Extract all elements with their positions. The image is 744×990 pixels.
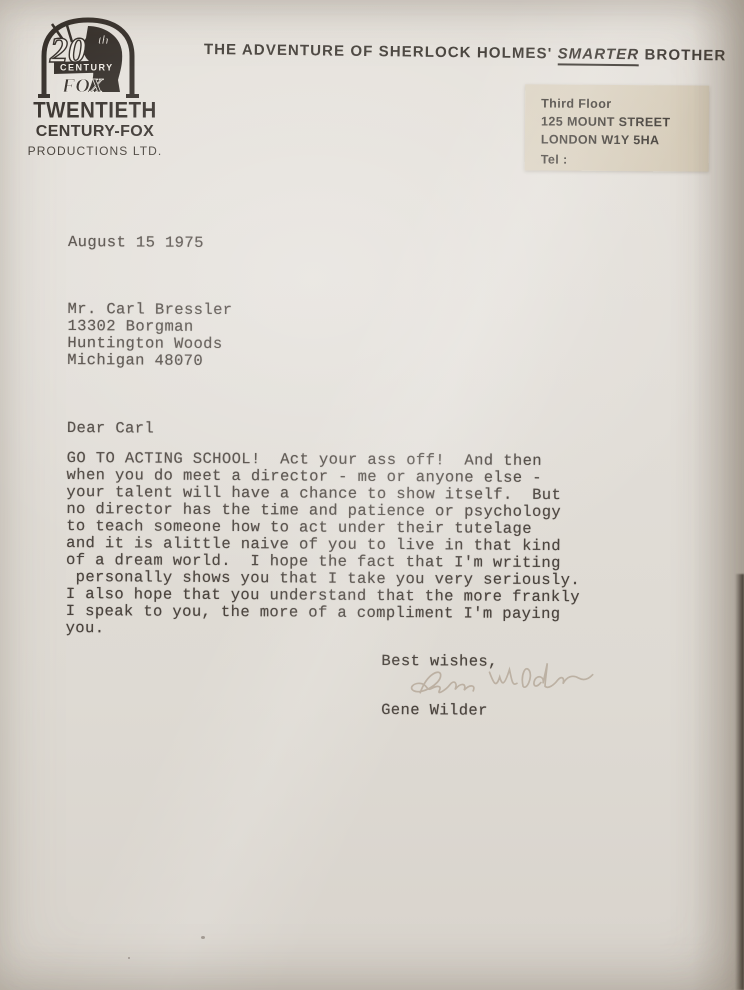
letter-photo: 20 th CENTURY FOX TWENTIETH CENTURY-FOX … xyxy=(0,0,744,990)
body-line: I speak to you, the more of a compliment… xyxy=(66,603,580,623)
letter-body: GO TO ACTING SCHOOL! Act your ass off! A… xyxy=(66,450,581,640)
paper-speck xyxy=(201,936,205,939)
recipient-address: Mr. Carl Bressler 13302 Borgman Huntingt… xyxy=(67,301,232,370)
recipient-line: Michigan 48070 xyxy=(67,352,232,370)
handwritten-signature-icon xyxy=(397,657,599,715)
typed-letter: August 15 1975 Mr. Carl Bressler 13302 B… xyxy=(0,0,744,990)
letter-date: August 15 1975 xyxy=(68,234,204,252)
salutation: Dear Carl xyxy=(67,420,154,438)
paper-speck xyxy=(128,957,130,959)
body-line: you. xyxy=(66,620,580,640)
